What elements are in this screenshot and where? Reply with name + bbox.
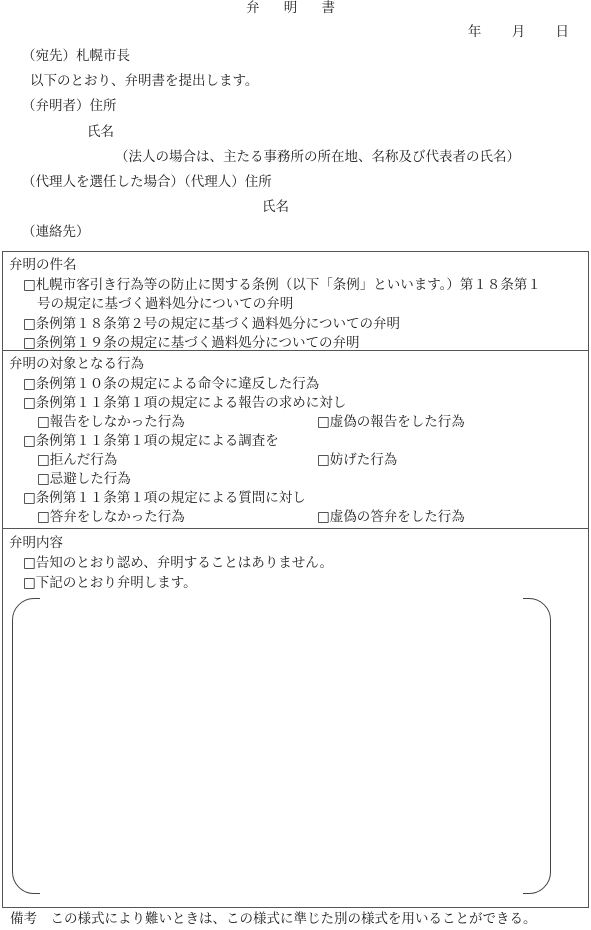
- target-section: 弁明の対象となる行為 □条例第１０条の規定による命令に違反した行為 □条例第１１…: [2, 350, 589, 529]
- subject-option-1[interactable]: □札幌市客引き行為等の防止に関する条例（以下「条例」といいます。）第１８条第１: [23, 277, 541, 293]
- agent-address-label: （代理人を選任した場合）（代理人）住所: [22, 174, 272, 190]
- target-option-question[interactable]: □条例第１１条第１項の規定による質問に対し: [23, 490, 306, 506]
- target-option-no-report[interactable]: □報告をしなかった行為: [37, 414, 185, 430]
- respondent-name-label: 氏名: [87, 124, 114, 140]
- target-option-obstructed[interactable]: □妨げた行為: [317, 452, 397, 468]
- target-section-title: 弁明の対象となる行為: [9, 356, 144, 372]
- respondent-address-label: （弁明者）住所: [22, 98, 117, 114]
- subject-section-title: 弁明の件名: [9, 257, 77, 273]
- target-option-investigation[interactable]: □条例第１１条第１項の規定による調査を: [23, 433, 279, 449]
- target-option-report-request[interactable]: □条例第１１条第１項の規定による報告の求めに対し: [23, 395, 346, 411]
- subject-section: 弁明の件名 □札幌市客引き行為等の防止に関する条例（以下「条例」といいます。）第…: [2, 251, 589, 351]
- target-option-false-report[interactable]: □虚偽の報告をした行為: [317, 414, 465, 430]
- bracket-mask-bottom: [40, 892, 523, 897]
- subject-option-2[interactable]: □条例第１８条第２号の規定に基づく過料処分についての弁明: [23, 316, 400, 332]
- document-title: 弁 明 書: [0, 0, 591, 16]
- date-month-label: 月: [512, 24, 526, 40]
- content-option-admit[interactable]: □告知のとおり認め、弁明することはありません。: [23, 555, 333, 571]
- target-option-evaded[interactable]: □忌避した行為: [37, 471, 131, 487]
- date-line: 年 月 日: [442, 24, 569, 40]
- date-day-label: 日: [556, 24, 570, 40]
- addressee: （宛先）札幌市長: [22, 48, 130, 64]
- agent-name-label: 氏名: [262, 199, 289, 215]
- target-option-refused[interactable]: □拒んだ行為: [37, 452, 117, 468]
- corporate-note: （法人の場合は、主たる事務所の所在地、名称及び代表者の氏名）: [115, 149, 520, 165]
- content-option-explain[interactable]: □下記のとおり弁明します。: [23, 575, 197, 591]
- footer-note: 備考 この様式により難いときは、この様式に準じた別の様式を用いることができる。: [10, 911, 537, 927]
- subject-option-3[interactable]: □条例第１９条の規定に基づく過料処分についての弁明: [23, 335, 359, 351]
- explanation-text-area[interactable]: [12, 598, 551, 894]
- target-option-no-answer[interactable]: □答弁をしなかった行為: [37, 509, 185, 525]
- target-option-order-violation[interactable]: □条例第１０条の規定による命令に違反した行為: [23, 376, 319, 392]
- target-option-false-answer[interactable]: □虚偽の答弁をした行為: [317, 509, 465, 525]
- content-section-title: 弁明内容: [9, 535, 63, 551]
- intro-text: 以下のとおり、弁明書を提出します。: [30, 73, 258, 89]
- contact-label: （連絡先）: [22, 224, 90, 240]
- date-year-label: 年: [468, 24, 482, 40]
- subject-option-1-cont: 号の規定に基づく過料処分についての弁明: [37, 296, 293, 312]
- bracket-mask-top: [40, 596, 523, 601]
